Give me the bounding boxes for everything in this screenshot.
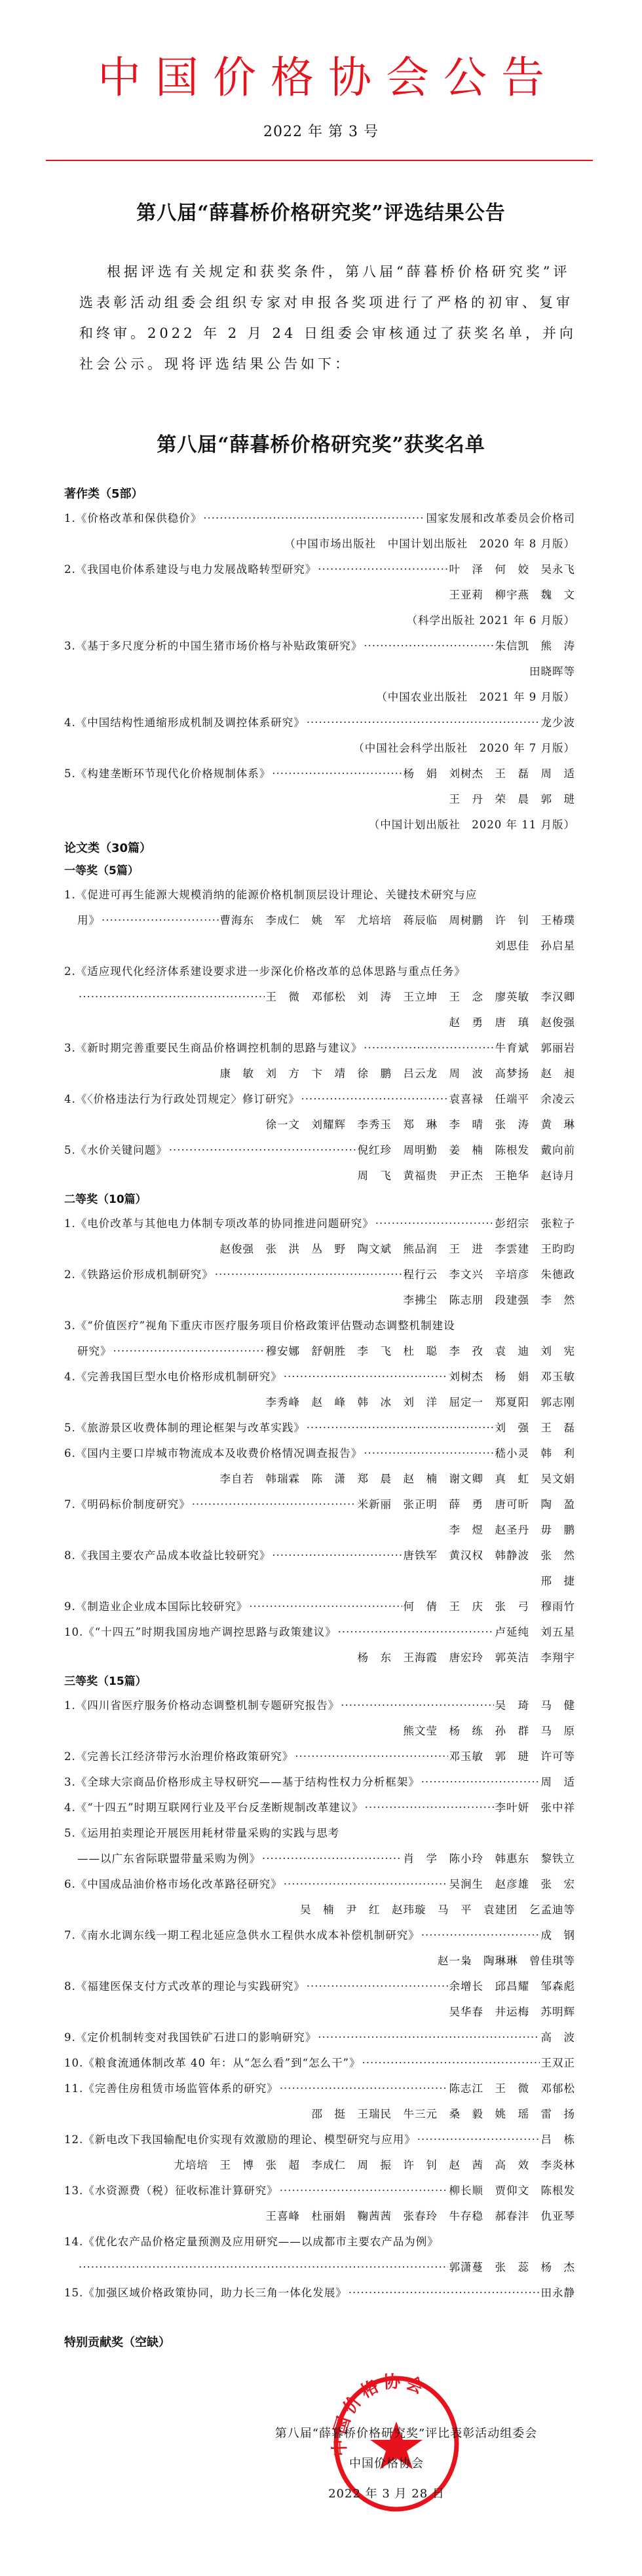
- entry-authors: 杨 娟 刘树杰 王 磊 周 适: [404, 761, 576, 786]
- list-item: 3.《全球大宗商品价格形成主导权研究——基于结构性权力分析框架》周 适: [64, 1769, 575, 1795]
- list-item: 3.《新时期完善重要民生商品价格调控机制的思路与建议》牛育斌 郭丽岩康 敏 刘 …: [64, 1035, 575, 1086]
- entry-authors-line: 赵俊强 张 洪 丛 野 陶文斌 熊品润 王 进 李雲建 王昀昀: [64, 1236, 575, 1262]
- entry-authors: 国家发展和改革委员会价格司: [426, 506, 576, 531]
- dot-leader: [364, 1035, 493, 1061]
- entry-publisher: （中国市场出版社 中国计划出版社 2020 年 8 月版）: [64, 531, 575, 557]
- entry-authors-line: 李 煜 赵圣丹 毋 鹏: [64, 1517, 575, 1543]
- list-item: 2.《完善长江经济带污水治理价格政策研究》邓玉敏 郭 琎 许可等: [64, 1744, 575, 1769]
- list-item: 1.《促进可再生能源大规模消纳的能源价格机制顶层设计理论、关键技术研究与应用》曹…: [64, 882, 575, 959]
- entry-title-line: 5.《旅游景区收费体制的理论框架与改革实践》刘 强 王 磊: [64, 1415, 575, 1441]
- entry-authors: 赵一枭 陶琳琳 曾佳琪等: [438, 1948, 575, 1974]
- entry-authors: 龙少波: [541, 710, 576, 735]
- dot-leader: [203, 506, 425, 531]
- entry-title-line: 4.《“十四五”时期互联网行业及平台反垄断规制改革建议》李叶妍 张中祥: [64, 1795, 575, 1820]
- entry-authors: 袁喜禄 任端平 余凌云: [449, 1086, 576, 1112]
- winners-list: 著作类（5部） 1.《价格改革和保供稳价》国家发展和改革委员会价格司（中国市场出…: [64, 483, 575, 2354]
- entry-title-line: 7.《南水北调东线一期工程北延应急供水工程供水成本补偿机制研究》成 钢: [64, 1923, 575, 1948]
- list-item: 8.《我国主要农产品成本收益比较研究》唐铁军 黄汉权 韩静波 张 然邢 捷: [64, 1543, 575, 1594]
- entry-authors: 熊文莹 杨 练 孙 群 马 原: [404, 1718, 576, 1744]
- list-item: 4.《完善我国巨型水电价格形成机制研究》刘树杰 杨 娟 邓玉敏李秀峰 赵 峰 韩…: [64, 1364, 575, 1415]
- entry-title-line: 5.《构建垄断环节现代化价格规制体系》杨 娟 刘树杰 王 磊 周 适: [64, 761, 575, 786]
- dot-leader: [249, 1594, 402, 1619]
- dot-leader: [421, 1923, 540, 1948]
- issue-number: 2022 年 第 3 号: [0, 120, 642, 141]
- entry-title: 10.《粮食流通体制改革 40 年：从“怎么看”到“怎么干”》: [64, 2050, 360, 2076]
- entry-authors-line: 周 飞 黄福贵 尹正杰 王艳华 赵诗月: [64, 1163, 575, 1188]
- entry-authors-line: 徐一文 刘耀辉 李秀玉 郑 琳 李 晴 张 涛 黄 琳: [64, 1112, 575, 1137]
- entry-title: 5.《运用拍卖理论开展医用耗材带量采购的实践与思考: [64, 1820, 339, 1846]
- list-item: 14.《优化农产品价格定量预测及应用研究——以成都市主要农产品为例》郭潇蔓 张 …: [64, 2229, 575, 2280]
- entry-authors-line: 李秀峰 赵 峰 韩 冰 刘 洋 屈定一 郑夏阳 郭志刚: [64, 1389, 575, 1415]
- entry-title: 6.《国内主要口岸城市物流成本及收费价格情况调查报告》: [64, 1441, 362, 1466]
- list-item: 7.《明码标价制度研究》米新丽 张正明 薛 勇 唐可昕 陶 盈李 煜 赵圣丹 毋…: [64, 1492, 575, 1543]
- entry-title-line: 3.《新时期完善重要民生商品价格调控机制的思路与建议》牛育斌 郭丽岩: [64, 1035, 575, 1061]
- entry-authors: 柳长顺 贾仰文 陈根发: [449, 2178, 576, 2203]
- dot-leader: [79, 2254, 448, 2280]
- dot-leader: [280, 2178, 448, 2203]
- entry-title: 2.《适应现代化经济体系建设要求进一步深化价格改革的总体思路与重点任务》: [64, 959, 466, 984]
- entry-authors: 吕 栋: [541, 2127, 576, 2152]
- dot-leader: [338, 1619, 494, 1645]
- entry-title-line: 7.《明码标价制度研究》米新丽 张正明 薛 勇 唐可昕 陶 盈: [64, 1492, 575, 1517]
- entry-title-cont: 研究》: [77, 1338, 112, 1364]
- entry-title-line: 8.《我国主要农产品成本收益比较研究》唐铁军 黄汉权 韩静波 张 然: [64, 1543, 575, 1568]
- entry-authors-line: 李拂尘 陈志朋 段建强 李 然: [64, 1287, 575, 1313]
- entry-authors: 成 钢: [541, 1923, 576, 1948]
- entry-authors: 穆安娜 舒朝胜 李 飞 杜 聪 李 孜 袁 迪 刘 宪: [266, 1338, 576, 1364]
- entry-authors: 曹海东 李成仁 姚 军 尤培培 蒋辰临 周树鹏 许 钊 王椿璞: [220, 908, 576, 933]
- entry-title: 1.《价格改革和保供稳价》: [64, 506, 202, 531]
- entry-title-cont: ——以广东省际联盟带量采购为例》: [77, 1846, 261, 1871]
- entry-title-line: 9.《制造业企业成本国际比较研究》何 倩 王 庆 张 弓 穆雨竹: [64, 1594, 575, 1619]
- entry-authors: 田晓晖等: [529, 659, 575, 684]
- entry-authors: 李 煜 赵圣丹 毋 鹏: [449, 1517, 576, 1543]
- list-item: 10.《粮食流通体制改革 40 年：从“怎么看”到“怎么干”》王双正: [64, 2050, 575, 2076]
- entry-publisher: （中国社会科学出版社 2020 年 7 月版）: [64, 735, 575, 761]
- entry-title-line: 9.《定价机制转变对我国铁矿石进口的影响研究》高 波: [64, 2025, 575, 2050]
- entry-authors: 徐一文 刘耀辉 李秀玉 郑 琳 李 晴 张 涛 黄 琳: [266, 1112, 576, 1137]
- entry-title: 12.《新电改下我国输配电价实现有效激励的理论、模型研究与应用》: [64, 2127, 416, 2152]
- entry-authors-line: 尤培培 王 博 张 超 李成仁 周 振 许 钊 赵 茜 高 效 李炎林: [64, 2152, 575, 2178]
- entry-title: 1.《电价改革与其他电力体制专项改革的协同推进问题研究》: [64, 1211, 374, 1236]
- list-item: 5.《构建垄断环节现代化价格规制体系》杨 娟 刘树杰 王 磊 周 适王 丹 荣 …: [64, 761, 575, 837]
- entry-authors-line: 赵一枭 陶琳琳 曾佳琪等: [64, 1948, 575, 1974]
- winners-list-title: 第八届“薛暮桥价格研究奖”获奖名单: [0, 428, 642, 457]
- entry-title-line: 5.《运用拍卖理论开展医用耗材带量采购的实践与思考: [64, 1820, 575, 1846]
- list-item: 5.《旅游景区收费体制的理论框架与改革实践》刘 强 王 磊: [64, 1415, 575, 1441]
- list-item: 5.《水价关键问题》倪红珍 周明勤 姜 楠 陈根发 戴向前周 飞 黄福贵 尹正杰…: [64, 1137, 575, 1188]
- entry-authors-line: 王喜峰 杜丽娟 鞠茜茜 张春玲 牛存稳 郝春沣 仇亚琴: [64, 2203, 575, 2229]
- subheading-second-prize: 二等奖（10篇）: [64, 1188, 575, 1211]
- entry-title-line: 10.《粮食流通体制改革 40 年：从“怎么看”到“怎么干”》王双正: [64, 2050, 575, 2076]
- entry-authors: 程行云 李文兴 辛培彦 朱德政: [404, 1262, 576, 1287]
- dot-leader: [421, 1769, 540, 1795]
- entry-authors: 彭绍宗 张粒子: [495, 1211, 576, 1236]
- committee-signature: 第八届“薛暮桥价格研究奖”评比表彰活动组委会: [197, 2424, 616, 2441]
- list-item: 9.《制造业企业成本国际比较研究》何 倩 王 庆 张 弓 穆雨竹: [64, 1594, 575, 1619]
- entry-title-line: 2.《我国电价体系建设与电力发展战略转型研究》叶 泽 何 姣 吴永飞: [64, 557, 575, 582]
- entry-authors: 唐铁军 黄汉权 韩静波 张 然: [404, 1543, 576, 1568]
- entry-authors-line: 康 敏 刘 方 卞 靖 徐 鹏 吕云龙 周 波 高梦扬 赵 昶: [64, 1061, 575, 1086]
- entry-title-line: 4.《完善我国巨型水电价格形成机制研究》刘树杰 杨 娟 邓玉敏: [64, 1364, 575, 1389]
- announcement-body-text: 根据评选有关规定和获奖条件，第八届“薛暮桥价格研究奖”评选表彰活动组委会组织专家…: [79, 257, 584, 380]
- entry-authors: 高 波: [541, 2025, 576, 2050]
- entry-authors: 肖 学 陈小玲 韩惠东 黎铁立: [404, 1846, 576, 1871]
- entry-authors-line: 吴华春 井运梅 苏明辉: [64, 1999, 575, 2025]
- dot-leader: [307, 1415, 494, 1441]
- dot-leader: [365, 1795, 494, 1820]
- entry-title-line: 15.《加强区域价格政策协同，助力长三角一体化发展》田永静: [64, 2280, 575, 2306]
- entry-authors: 刘思佳 孙启星: [495, 933, 576, 959]
- entry-authors: 何 倩 王 庆 张 弓 穆雨竹: [404, 1594, 576, 1619]
- entry-authors-line: 王 丹 荣 晨 郭 琎: [64, 786, 575, 812]
- entry-publisher: （中国计划出版社 2020 年 11 月版）: [64, 812, 575, 837]
- entry-title: 9.《定价机制转变对我国铁矿石进口的影响研究》: [64, 2025, 316, 2050]
- entry-title: 3.《全球大宗商品价格形成主导权研究——基于结构性权力分析框架》: [64, 1769, 420, 1795]
- entry-authors: 王 丹 荣 晨 郭 琎: [449, 786, 576, 812]
- entry-title: 13.《水资源费（税）征收标准计算研究》: [64, 2178, 278, 2203]
- entry-authors: 朱信凯 熊 涛: [495, 633, 576, 659]
- entry-authors: 吴华春 井运梅 苏明辉: [449, 1999, 576, 2025]
- dot-leader: [284, 1871, 448, 1897]
- list-item: 10.《“十四五”时期我国房地产调控思路与政策建议》卢延纯 刘五星杨 东 王海霞…: [64, 1619, 575, 1670]
- first-prize-list: 1.《促进可再生能源大规模消纳的能源价格机制顶层设计理论、关键技术研究与应用》曹…: [64, 882, 575, 1188]
- entry-title: 3.《新时期完善重要民生商品价格调控机制的思路与建议》: [64, 1035, 362, 1061]
- entry-authors-line: 赵 勇 唐 瑱 赵俊强: [64, 1010, 575, 1035]
- entry-authors: 米新丽 张正明 薛 勇 唐可昕 陶 盈: [358, 1492, 576, 1517]
- entry-authors: 牛育斌 郭丽岩: [495, 1035, 576, 1061]
- entry-title: 5.《水价关键问题》: [64, 1137, 168, 1163]
- dot-leader: [375, 1211, 494, 1236]
- entry-title: 6.《中国成品油价格市场化改革路径研究》: [64, 1871, 282, 1897]
- masthead-title: 中国价格协会公告: [0, 56, 642, 100]
- entry-authors-line: 李自若 韩瑞霖 陈 潇 郑 晨 赵 楠 谢文卿 真 虹 吴文娟: [64, 1466, 575, 1492]
- dot-leader: [280, 2076, 448, 2101]
- list-item: 2.《适应现代化经济体系建设要求进一步深化价格改革的总体思路与重点任务》王 微 …: [64, 959, 575, 1035]
- entry-title-line: 14.《优化农产品价格定量预测及应用研究——以成都市主要农产品为例》: [64, 2229, 575, 2254]
- entry-authors-line: 邢 捷: [64, 1568, 575, 1594]
- dot-leader: [215, 1262, 402, 1287]
- entry-title: 14.《优化农产品价格定量预测及应用研究——以成都市主要农产品为例》: [64, 2229, 439, 2254]
- entry-authors: 叶 泽 何 姣 吴永飞: [449, 557, 576, 582]
- entry-title-line: 1.《四川省医疗服务价格动态调整机制专题研究报告》吴 琦 马 健: [64, 1693, 575, 1718]
- list-item: 8.《福建医保支付方式改革的理论与实践研究》余增长 邱昌耀 邹森彪吴华春 井运梅…: [64, 1974, 575, 2025]
- entry-authors: 周 适: [541, 1769, 576, 1795]
- entry-title: 5.《构建垄断环节现代化价格规制体系》: [64, 761, 271, 786]
- entry-title-line: 10.《“十四五”时期我国房地产调控思路与政策建议》卢延纯 刘五星: [64, 1619, 575, 1645]
- dot-leader: [272, 761, 402, 786]
- dot-leader: [349, 2280, 540, 2306]
- special-contribution-award: 特别贡献奖（空缺）: [64, 2332, 575, 2354]
- entry-title: 4.《中国结构性通缩形成机制及调控体系研究》: [64, 710, 305, 735]
- entry-authors: 吴涧生 赵彦雄 张 宏: [449, 1871, 576, 1897]
- entry-authors-line: 熊文莹 杨 练 孙 群 马 原: [64, 1718, 575, 1744]
- entry-title: 8.《福建医保支付方式改革的理论与实践研究》: [64, 1974, 305, 1999]
- entry-authors-line: 邵 挺 王瑞民 牛三元 桑 毅 姚 瑶 雷 扬: [64, 2101, 575, 2127]
- entry-title-line: 3.《基于多尺度分析的中国生猪市场价格与补贴政策研究》朱信凯 熊 涛: [64, 633, 575, 659]
- entry-authors-line: 吴 楠 尹 红 赵玮璇 马 平 袁建团 乞孟迪等: [64, 1897, 575, 1923]
- entry-title: 1.《促进可再生能源大规模消纳的能源价格机制顶层设计理论、关键技术研究与应: [64, 882, 477, 908]
- list-item: 15.《加强区域价格政策协同，助力长三角一体化发展》田永静: [64, 2280, 575, 2306]
- entry-title: 4.《〈价格违法行为行政处罚规定〉修订研究》: [64, 1086, 300, 1112]
- entry-authors: 余增长 邱昌耀 邹森彪: [449, 1974, 576, 1999]
- dot-leader: [364, 1441, 493, 1466]
- red-divider-right: [297, 160, 593, 161]
- subheading-first-prize: 一等奖（5篇）: [64, 860, 575, 882]
- list-item: 1.《价格改革和保供稳价》国家发展和改革委员会价格司（中国市场出版社 中国计划出…: [64, 506, 575, 557]
- entry-title-line: 4.《〈价格违法行为行政处罚规定〉修订研究》袁喜禄 任端平 余凌云: [64, 1086, 575, 1112]
- entry-title: 3.《“价值医疗”视角下重庆市医疗服务项目价格政策评估暨动态调整机制建设: [64, 1313, 455, 1338]
- dot-leader: [341, 1693, 493, 1718]
- dot-leader: [284, 1364, 448, 1389]
- entry-title-line: 6.《中国成品油价格市场化改革路径研究》吴涧生 赵彦雄 张 宏: [64, 1871, 575, 1897]
- entry-title-line: 13.《水资源费（税）征收标准计算研究》柳长顺 贾仰文 陈根发: [64, 2178, 575, 2203]
- entry-title-continued: 研究》穆安娜 舒朝胜 李 飞 杜 聪 李 孜 袁 迪 刘 宪: [64, 1338, 575, 1364]
- entry-title-continued: 王 微 邓郁松 刘 涛 王立坤 王 念 廖英敏 李汉卿: [64, 984, 575, 1010]
- entry-title: 9.《制造业企业成本国际比较研究》: [64, 1594, 248, 1619]
- entry-authors: 李拂尘 陈志朋 段建强 李 然: [404, 1287, 576, 1313]
- entry-title-continued: ——以广东省际联盟带量采购为例》肖 学 陈小玲 韩惠东 黎铁立: [64, 1846, 575, 1871]
- dot-leader: [364, 633, 493, 659]
- entry-title: 2.《完善长江经济带污水治理价格政策研究》: [64, 1744, 293, 1769]
- list-item: 6.《中国成品油价格市场化改革路径研究》吴涧生 赵彦雄 张 宏吴 楠 尹 红 赵…: [64, 1871, 575, 1923]
- entry-title-line: 12.《新电改下我国输配电价实现有效激励的理论、模型研究与应用》吕 栋: [64, 2127, 575, 2152]
- dot-leader: [169, 1137, 356, 1163]
- entry-authors: 刘树杰 杨 娟 邓玉敏: [449, 1364, 576, 1389]
- entry-title: 2.《我国电价体系建设与电力发展战略转型研究》: [64, 557, 316, 582]
- entry-title: 15.《加强区域价格政策协同，助力长三角一体化发展》: [64, 2280, 347, 2306]
- entry-title-line: 2.《适应现代化经济体系建设要求进一步深化价格改革的总体思路与重点任务》: [64, 959, 575, 984]
- entry-authors: 邢 捷: [541, 1568, 576, 1594]
- entry-title: 4.《“十四五”时期互联网行业及平台反垄断规制改革建议》: [64, 1795, 364, 1820]
- entry-authors-line: 田晓晖等: [64, 659, 575, 684]
- entry-authors-line: 刘思佳 孙启星: [64, 933, 575, 959]
- entry-title: 10.《“十四五”时期我国房地产调控思路与政策建议》: [64, 1619, 337, 1645]
- entry-authors: 刘 强 王 磊: [495, 1415, 576, 1441]
- dot-leader: [318, 2025, 539, 2050]
- dot-leader: [113, 1338, 265, 1364]
- entry-title: 1.《四川省医疗服务价格动态调整机制专题研究报告》: [64, 1693, 339, 1718]
- entry-authors: 李自若 韩瑞霖 陈 潇 郑 晨 赵 楠 谢文卿 真 虹 吴文娟: [220, 1466, 576, 1492]
- entry-title-line: 3.《全球大宗商品价格形成主导权研究——基于结构性权力分析框架》周 适: [64, 1769, 575, 1795]
- entry-title: 4.《完善我国巨型水电价格形成机制研究》: [64, 1364, 282, 1389]
- entry-authors: 王亚莉 柳宇燕 魏 文: [449, 582, 576, 608]
- dot-leader: [301, 1086, 448, 1112]
- dot-leader: [362, 2050, 539, 2076]
- entry-title-continued: 用》曹海东 李成仁 姚 军 尤培培 蒋辰临 周树鹏 许 钊 王椿璞: [64, 908, 575, 933]
- list-item: 1.《四川省医疗服务价格动态调整机制专题研究报告》吴 琦 马 健熊文莹 杨 练 …: [64, 1693, 575, 1744]
- list-item: 13.《水资源费（税）征收标准计算研究》柳长顺 贾仰文 陈根发王喜峰 杜丽娟 鞠…: [64, 2178, 575, 2229]
- list-item: 5.《运用拍卖理论开展医用耗材带量采购的实践与思考——以广东省际联盟带量采购为例…: [64, 1820, 575, 1871]
- entry-publisher: （中国农业出版社 2021 年 9 月版）: [64, 684, 575, 710]
- entry-title-line: 2.《铁路运价形成机制研究》程行云 李文兴 辛培彦 朱德政: [64, 1262, 575, 1287]
- entry-title: 8.《我国主要农产品成本收益比较研究》: [64, 1543, 271, 1568]
- dot-leader: [318, 557, 447, 582]
- list-item: 4.《中国结构性通缩形成机制及调控体系研究》龙少波（中国社会科学出版社 2020…: [64, 710, 575, 761]
- entry-authors: 李秀峰 赵 峰 韩 冰 刘 洋 屈定一 郑夏阳 郭志刚: [266, 1389, 576, 1415]
- list-item: 12.《新电改下我国输配电价实现有效激励的理论、模型研究与应用》吕 栋尤培培 王…: [64, 2127, 575, 2178]
- list-item: 6.《国内主要口岸城市物流成本及收费价格情况调查报告》嵇小灵 韩 利李自若 韩瑞…: [64, 1441, 575, 1492]
- dot-leader: [295, 1744, 447, 1769]
- category-heading-papers: 论文类（30篇）: [64, 837, 575, 860]
- list-item: 2.《我国电价体系建设与电力发展战略转型研究》叶 泽 何 姣 吴永飞王亚莉 柳宇…: [64, 557, 575, 633]
- entry-authors: 邓玉敏 郭 琎 许可等: [449, 1744, 576, 1769]
- entry-title: 3.《基于多尺度分析的中国生猪市场价格与补贴政策研究》: [64, 633, 362, 659]
- entry-authors: 邵 挺 王瑞民 牛三元 桑 毅 姚 瑶 雷 扬: [312, 2101, 576, 2127]
- entry-title-line: 1.《促进可再生能源大规模消纳的能源价格机制顶层设计理论、关键技术研究与应: [64, 882, 575, 908]
- entry-title-line: 4.《中国结构性通缩形成机制及调控体系研究》龙少波: [64, 710, 575, 735]
- entry-authors: 王喜峰 杜丽娟 鞠茜茜 张春玲 牛存稳 郝春沣 仇亚琴: [266, 2203, 576, 2229]
- dot-leader: [102, 908, 219, 933]
- entry-authors: 周 飞 黄福贵 尹正杰 王艳华 赵诗月: [358, 1163, 576, 1188]
- list-item: 3.《“价值医疗”视角下重庆市医疗服务项目价格政策评估暨动态调整机制建设研究》穆…: [64, 1313, 575, 1364]
- organization-signature: 中国价格协会: [164, 2454, 609, 2471]
- entry-authors: 赵俊强 张 洪 丛 野 陶文斌 熊品润 王 进 李雲建 王昀昀: [220, 1236, 576, 1262]
- entry-authors: 陈志江 王 微 邓郁松: [449, 2076, 576, 2101]
- dot-leader: [307, 1974, 448, 1999]
- entry-authors: 吴 琦 马 健: [495, 1693, 576, 1718]
- announcement-body: 根据评选有关规定和获奖条件，第八届“薛暮桥价格研究奖”评选表彰活动组委会组织专家…: [79, 257, 584, 380]
- entry-title-line: 6.《国内主要口岸城市物流成本及收费价格情况调查报告》嵇小灵 韩 利: [64, 1441, 575, 1466]
- entry-title-line: 8.《福建医保支付方式改革的理论与实践研究》余增长 邱昌耀 邹森彪: [64, 1974, 575, 1999]
- dot-leader: [262, 1846, 402, 1871]
- entry-title: 7.《明码标价制度研究》: [64, 1492, 191, 1517]
- entry-title-line: 11.《完善住房租赁市场监管体系的研究》陈志江 王 微 邓郁松: [64, 2076, 575, 2101]
- entry-authors: 赵 勇 唐 瑱 赵俊强: [449, 1010, 576, 1035]
- entry-authors: 卢延纯 刘五星: [495, 1619, 576, 1645]
- entry-authors: 郭潇蔓 张 蕊 杨 杰: [449, 2254, 576, 2280]
- works-list: 1.《价格改革和保供稳价》国家发展和改革委员会价格司（中国市场出版社 中国计划出…: [64, 506, 575, 837]
- entry-authors: 王 微 邓郁松 刘 涛 王立坤 王 念 廖英敏 李汉卿: [266, 984, 576, 1010]
- entry-title-line: 1.《价格改革和保供稳价》国家发展和改革委员会价格司: [64, 506, 575, 531]
- entry-authors: 康 敏 刘 方 卞 靖 徐 鹏 吕云龙 周 波 高梦扬 赵 昶: [220, 1061, 576, 1086]
- list-item: 11.《完善住房租赁市场监管体系的研究》陈志江 王 微 邓郁松邵 挺 王瑞民 牛…: [64, 2076, 575, 2127]
- list-item: 4.《〈价格违法行为行政处罚规定〉修订研究》袁喜禄 任端平 余凌云徐一文 刘耀辉…: [64, 1086, 575, 1137]
- list-item: 7.《南水北调东线一期工程北延应急供水工程供水成本补偿机制研究》成 钢赵一枭 陶…: [64, 1923, 575, 1974]
- dot-leader: [417, 2127, 540, 2152]
- list-item: 9.《定价机制转变对我国铁矿石进口的影响研究》高 波: [64, 2025, 575, 2050]
- second-prize-list: 1.《电价改革与其他电力体制专项改革的协同推进问题研究》彭绍宗 张粒子赵俊强 张…: [64, 1211, 575, 1670]
- list-item: 2.《铁路运价形成机制研究》程行云 李文兴 辛培彦 朱德政李拂尘 陈志朋 段建强…: [64, 1262, 575, 1313]
- entry-authors: 王双正: [541, 2050, 576, 2076]
- entry-title: 11.《完善住房租赁市场监管体系的研究》: [64, 2076, 278, 2101]
- subheading-third-prize: 三等奖（15篇）: [64, 1670, 575, 1693]
- entry-title: 2.《铁路运价形成机制研究》: [64, 1262, 214, 1287]
- dot-leader: [307, 710, 540, 735]
- entry-title: 5.《旅游景区收费体制的理论框架与改革实践》: [64, 1415, 305, 1441]
- dot-leader: [192, 1492, 356, 1517]
- entry-authors: 尤培培 王 博 张 超 李成仁 周 振 许 钊 赵 茜 高 效 李炎林: [174, 2152, 576, 2178]
- dot-leader: [272, 1543, 402, 1568]
- entry-authors: 倪红珍 周明勤 姜 楠 陈根发 戴向前: [358, 1137, 576, 1163]
- entry-authors-line: 杨 东 王海霞 唐宏玲 郭英洁 李翔宇: [64, 1645, 575, 1670]
- signature-date: 2022 年 3 月 28 日: [164, 2484, 609, 2501]
- dot-leader: [79, 984, 265, 1010]
- entry-title: 7.《南水北调东线一期工程北延应急供水工程供水成本补偿机制研究》: [64, 1923, 420, 1948]
- list-item: 1.《电价改革与其他电力体制专项改革的协同推进问题研究》彭绍宗 张粒子赵俊强 张…: [64, 1211, 575, 1262]
- entry-authors: 李叶妍 张中祥: [495, 1795, 576, 1820]
- announcement-title: 第八届“薛暮桥价格研究奖”评选结果公告: [0, 196, 642, 225]
- entry-title-line: 2.《完善长江经济带污水治理价格政策研究》邓玉敏 郭 琎 许可等: [64, 1744, 575, 1769]
- list-item: 4.《“十四五”时期互联网行业及平台反垄断规制改革建议》李叶妍 张中祥: [64, 1795, 575, 1820]
- entry-authors-line: 王亚莉 柳宇燕 魏 文: [64, 582, 575, 608]
- entry-title-line: 5.《水价关键问题》倪红珍 周明勤 姜 楠 陈根发 戴向前: [64, 1137, 575, 1163]
- entry-title-line: 3.《“价值医疗”视角下重庆市医疗服务项目价格政策评估暨动态调整机制建设: [64, 1313, 575, 1338]
- third-prize-list: 1.《四川省医疗服务价格动态调整机制专题研究报告》吴 琦 马 健熊文莹 杨 练 …: [64, 1693, 575, 2306]
- entry-authors: 田永静: [541, 2280, 576, 2306]
- red-divider: [46, 160, 297, 161]
- entry-publisher: （科学出版社 2021 年 6 月版）: [64, 608, 575, 633]
- entry-authors: 嵇小灵 韩 利: [495, 1441, 576, 1466]
- entry-authors: 杨 东 王海霞 唐宏玲 郭英洁 李翔宇: [358, 1645, 576, 1670]
- entry-title-cont: 用》: [77, 908, 100, 933]
- category-heading-works: 著作类（5部）: [64, 483, 575, 506]
- list-item: 3.《基于多尺度分析的中国生猪市场价格与补贴政策研究》朱信凯 熊 涛田晓晖等（中…: [64, 633, 575, 710]
- entry-title-continued: 郭潇蔓 张 蕊 杨 杰: [64, 2254, 575, 2280]
- entry-authors: 吴 楠 尹 红 赵玮璇 马 平 袁建团 乞孟迪等: [300, 1897, 575, 1923]
- entry-title-line: 1.《电价改革与其他电力体制专项改革的协同推进问题研究》彭绍宗 张粒子: [64, 1211, 575, 1236]
